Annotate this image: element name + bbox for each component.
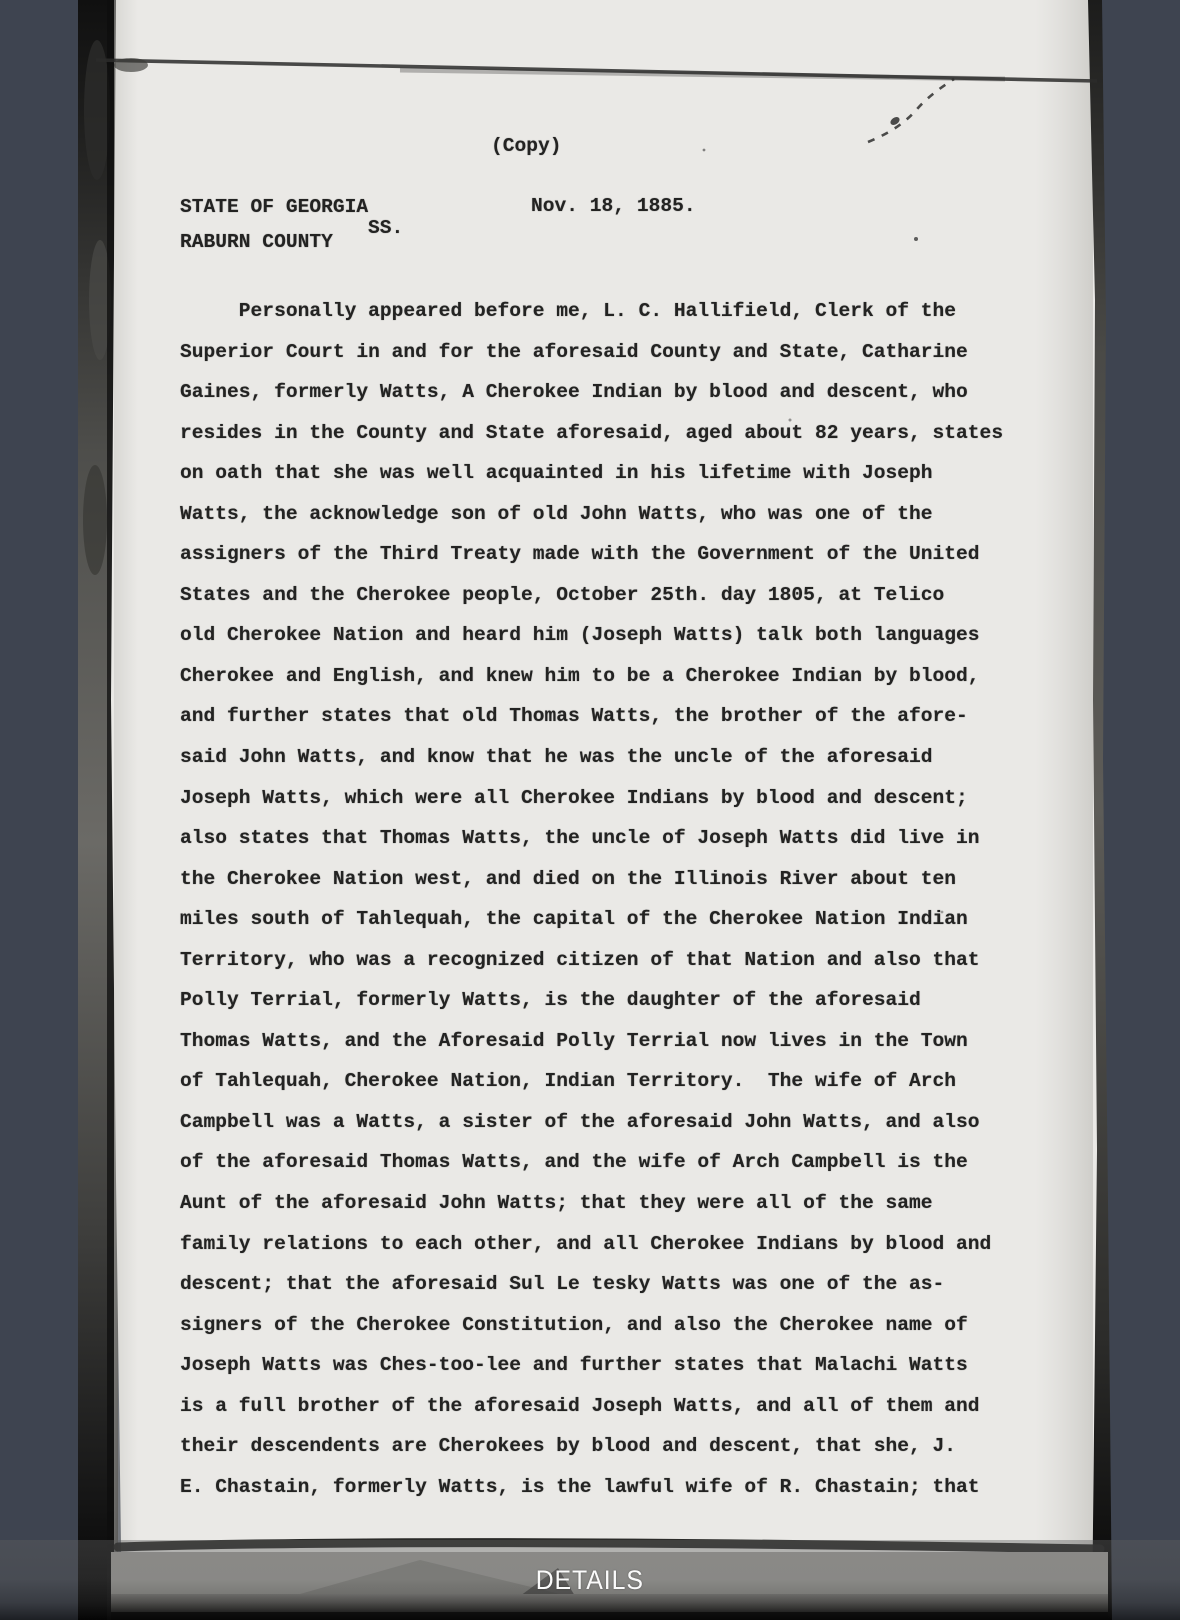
document-line: is a full brother of the aforesaid Josep… <box>180 1386 1040 1427</box>
document-line: Campbell was a Watts, a sister of the af… <box>180 1102 1040 1143</box>
document-line: signers of the Cherokee Constitution, an… <box>180 1305 1040 1346</box>
document-line: said John Watts, and know that he was th… <box>180 737 1040 778</box>
document-line: Thomas Watts, and the Aforesaid Polly Te… <box>180 1021 1040 1062</box>
ss-label: SS. <box>368 217 403 239</box>
document-line: States and the Cherokee people, October … <box>180 575 1040 616</box>
document-line: the Cherokee Nation west, and died on th… <box>180 859 1040 900</box>
details-button-label: DETAILS <box>536 1565 644 1596</box>
document-line: miles south of Tahlequah, the capital of… <box>180 899 1040 940</box>
document-line: of the aforesaid Thomas Watts, and the w… <box>180 1142 1040 1183</box>
copy-label: (Copy) <box>491 135 562 157</box>
details-button[interactable]: DETAILS <box>0 1540 1180 1620</box>
viewer-stage: (Copy) STATE OF GEORGIA Nov. 18, 1885. S… <box>0 0 1180 1620</box>
document-line: assigners of the Third Treaty made with … <box>180 534 1040 575</box>
state-heading: STATE OF GEORGIA <box>180 196 368 218</box>
document-body: Personally appeared before me, L. C. Hal… <box>180 291 1040 1507</box>
document-page: (Copy) STATE OF GEORGIA Nov. 18, 1885. S… <box>0 0 1180 1620</box>
document-line: also states that Thomas Watts, the uncle… <box>180 818 1040 859</box>
document-line: Aunt of the aforesaid John Watts; that t… <box>180 1183 1040 1224</box>
document-line: resides in the County and State aforesai… <box>180 413 1040 454</box>
date-heading: Nov. 18, 1885. <box>531 195 696 217</box>
document-line: Territory, who was a recognized citizen … <box>180 940 1040 981</box>
document-line: Watts, the acknowledge son of old John W… <box>180 494 1040 535</box>
document-line: Gaines, formerly Watts, A Cherokee India… <box>180 372 1040 413</box>
county-heading: RABURN COUNTY <box>180 231 333 253</box>
document-line: E. Chastain, formerly Watts, is the lawf… <box>180 1467 1040 1508</box>
document-line: Joseph Watts, which were all Cherokee In… <box>180 778 1040 819</box>
document-line: their descendents are Cherokees by blood… <box>180 1426 1040 1467</box>
document-line: on oath that she was well acquainted in … <box>180 453 1040 494</box>
document-line: and further states that old Thomas Watts… <box>180 696 1040 737</box>
document-line: Cherokee and English, and knew him to be… <box>180 656 1040 697</box>
document-line: Joseph Watts was Ches-too-lee and furthe… <box>180 1345 1040 1386</box>
document-line: of Tahlequah, Cherokee Nation, Indian Te… <box>180 1061 1040 1102</box>
document-line: Superior Court in and for the aforesaid … <box>180 332 1040 373</box>
document-line: old Cherokee Nation and heard him (Josep… <box>180 615 1040 656</box>
document-line: Personally appeared before me, L. C. Hal… <box>180 291 1040 332</box>
document-line: family relations to each other, and all … <box>180 1224 1040 1265</box>
document-line: Polly Terrial, formerly Watts, is the da… <box>180 980 1040 1021</box>
document-line: descent; that the aforesaid Sul Le tesky… <box>180 1264 1040 1305</box>
